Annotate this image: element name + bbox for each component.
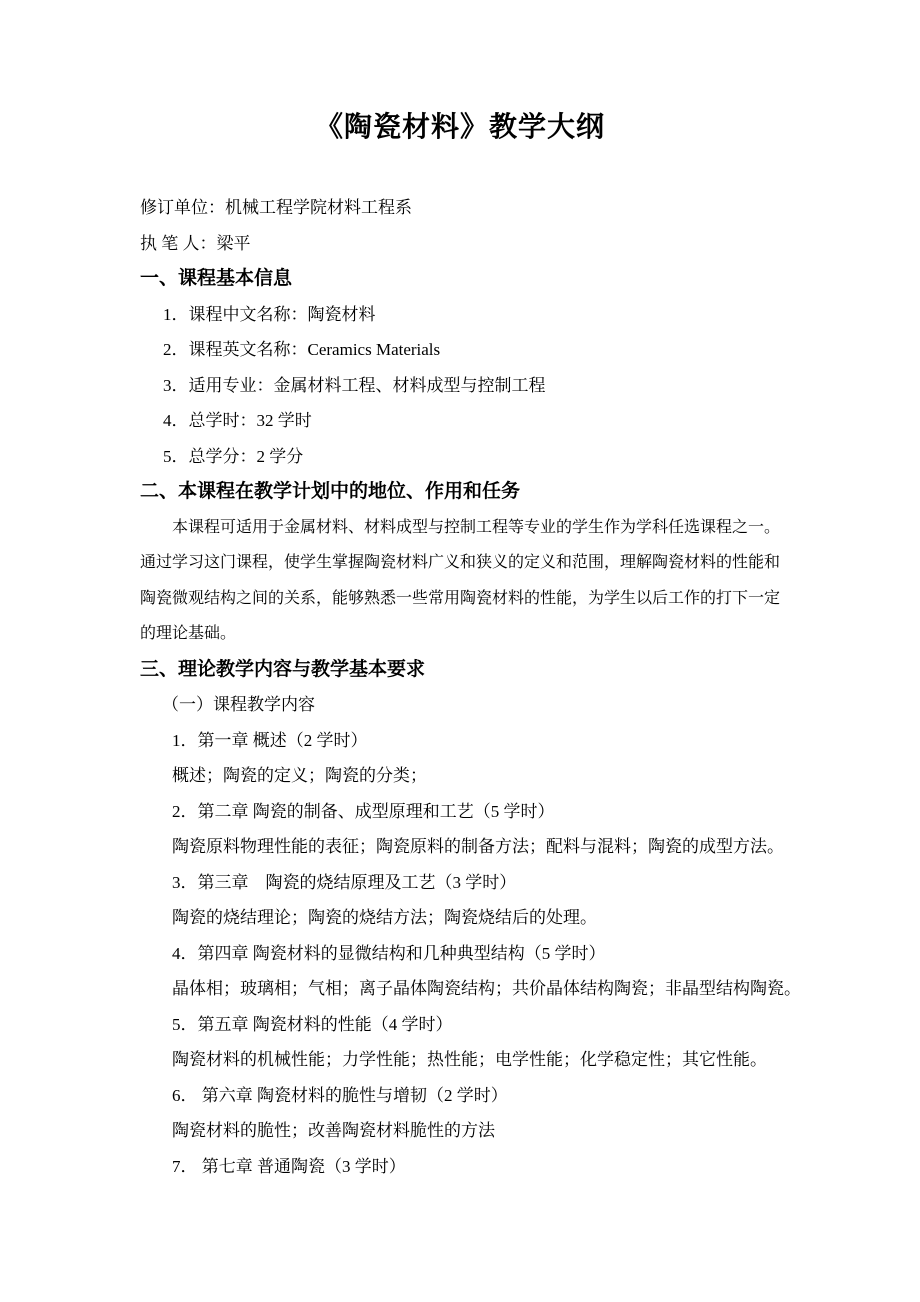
course-info-item-total-hours: 4．总学时：32 学时 — [140, 403, 820, 439]
document-body: 修订单位：机械工程学院材料工程系 执 笔 人：梁平 一、课程基本信息 1．课程中… — [140, 190, 820, 1184]
meta-author: 执 笔 人：梁平 — [140, 226, 820, 262]
course-info-item-majors: 3．适用专业：金属材料工程、材料成型与控制工程 — [140, 368, 820, 404]
document-title: 《陶瓷材料》教学大纲 — [0, 110, 920, 144]
chapter-desc: 陶瓷原料物理性能的表征；陶瓷原料的制备方法；配料与混料；陶瓷的成型方法。 — [140, 829, 820, 865]
chapter-title: 3．第三章 陶瓷的烧结原理及工艺（3 学时） — [140, 865, 820, 901]
course-info-item-en-name: 2．课程英文名称：Ceramics Materials — [140, 332, 820, 368]
chapter-title: 4．第四章 陶瓷材料的显微结构和几种典型结构（5 学时） — [140, 936, 820, 972]
chapter-desc: 陶瓷材料的脆性；改善陶瓷材料脆性的方法 — [140, 1113, 820, 1149]
chapter-title: 5．第五章 陶瓷材料的性能（4 学时） — [140, 1007, 820, 1043]
chapter-title: 7． 第七章 普通陶瓷（3 学时） — [140, 1149, 820, 1185]
chapter-desc: 晶体相；玻璃相；气相；离子晶体陶瓷结构；共价晶体结构陶瓷；非晶型结构陶瓷。 — [140, 971, 820, 1007]
meta-revision-unit: 修订单位：机械工程学院材料工程系 — [140, 190, 820, 226]
course-info-item-cn-name: 1．课程中文名称：陶瓷材料 — [140, 297, 820, 333]
chapter-title: 6． 第六章 陶瓷材料的脆性与增韧（2 学时） — [140, 1078, 820, 1114]
document-page: 《陶瓷材料》教学大纲 修订单位：机械工程学院材料工程系 执 笔 人：梁平 一、课… — [0, 0, 920, 1302]
paragraph-line: 本课程可适用于金属材料、材料成型与控制工程等专业的学生作为学科任选课程之一。 — [140, 510, 820, 546]
paragraph-line: 陶瓷微观结构之间的关系，能够熟悉一些常用陶瓷材料的性能，为学生以后工作的打下一定 — [140, 581, 820, 617]
chapter-desc: 陶瓷材料的机械性能；力学性能；热性能；电学性能；化学稳定性；其它性能。 — [140, 1042, 820, 1078]
chapter-desc: 陶瓷的烧结理论；陶瓷的烧结方法；陶瓷烧结后的处理。 — [140, 900, 820, 936]
paragraph-line: 通过学习这门课程，使学生掌握陶瓷材料广义和狭义的定义和范围，理解陶瓷材料的性能和 — [140, 545, 820, 581]
course-info-item-credits: 5．总学分：2 学分 — [140, 439, 820, 475]
subsection-heading: （一）课程教学内容 — [140, 687, 820, 723]
chapter-title: 1．第一章 概述（2 学时） — [140, 723, 820, 759]
paragraph-line: 的理论基础。 — [140, 616, 820, 652]
chapter-title: 2．第二章 陶瓷的制备、成型原理和工艺（5 学时） — [140, 794, 820, 830]
section1-heading: 一、课程基本信息 — [140, 261, 820, 297]
chapter-desc: 概述；陶瓷的定义；陶瓷的分类； — [140, 758, 820, 794]
section2-heading: 二、本课程在教学计划中的地位、作用和任务 — [140, 474, 820, 510]
section3-heading: 三、理论教学内容与教学基本要求 — [140, 652, 820, 688]
